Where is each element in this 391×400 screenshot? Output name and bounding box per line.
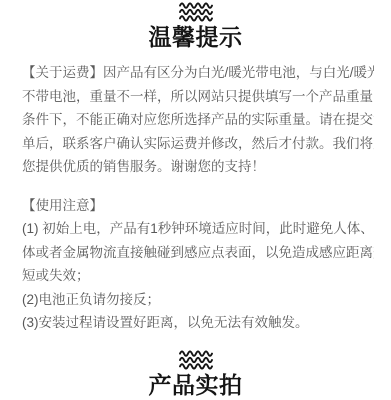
photos-section-header: 产品实拍 [0,335,391,399]
tips-section-title: 温馨提示 [0,24,391,51]
usage-notes-heading: 【使用注意】 [22,194,374,218]
usage-line: 短或失效； [22,264,374,288]
usage-notes-paragraph: 【使用注意】 (1) 初始上电，产品有1秒钟环境适应时间，此时避免人体、液 体或… [0,194,391,335]
usage-line: (1) 初始上电，产品有1秒钟环境适应时间，此时避免人体、液 [22,217,374,241]
shipping-line: 条件下，不能正确对应您所选择产品的实际重量。请在提交订 [22,108,374,132]
shipping-line: 不带电池，重量不一样，所以网站只提供填写一个产品重量的 [22,85,374,109]
usage-line: 体或者金属物流直接触碰到感应点表面，以免造成感应距离变 [22,241,374,265]
tips-section-header: 温馨提示 [0,0,391,51]
shipping-line: 您提供优质的销售服务。谢谢您的支持！ [22,155,374,179]
shipping-line: 单后，联系客户确认实际运费并修改，然后才付款。我们将为 [22,132,374,156]
shipping-line: 【关于运费】因产品有区分为白光/暖光带电池，与白光/暖光 [22,61,374,85]
waves-icon [179,350,213,370]
usage-line: (3)安装过程请设置好距离，以免无法有效触发。 [22,311,374,335]
shipping-notice-paragraph: 【关于运费】因产品有区分为白光/暖光带电池，与白光/暖光 不带电池，重量不一样，… [0,61,391,179]
waves-icon [179,2,213,22]
usage-line: (2)电池正负请勿接反； [22,288,374,312]
product-detail-page: 温馨提示 【关于运费】因产品有区分为白光/暖光带电池，与白光/暖光 不带电池，重… [0,0,391,400]
photos-section-title: 产品实拍 [0,372,391,399]
